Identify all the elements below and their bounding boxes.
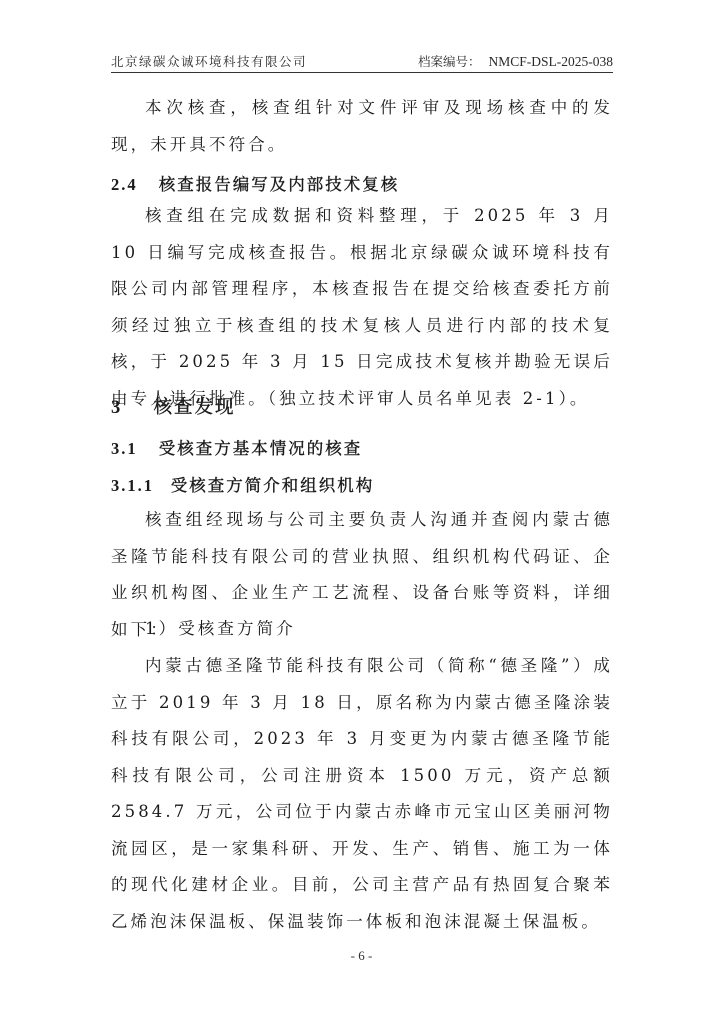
file-number-value: NMCF-DSL-2025-038 bbox=[488, 54, 613, 69]
paragraph-report-review: 核查组在完成数据和资料整理，于 2025 年 3 月 10 日编写完成核查报告。… bbox=[111, 198, 613, 417]
section-number: 2.4 bbox=[111, 175, 151, 195]
section-title: 核查发现 bbox=[153, 397, 235, 418]
section-number: 3 bbox=[111, 398, 145, 419]
paragraph-no-nonconformity: 本次核查，核查组针对文件评审及现场核查中的发现，未开具不符合。 bbox=[111, 90, 613, 163]
section-heading-3: 3 核查发现 bbox=[111, 393, 235, 419]
page-header: 北京绿碳众诚环境科技有限公司 档案编号：NMCF-DSL-2025-038 bbox=[111, 50, 613, 73]
paragraph-company-intro: 内蒙古德圣隆节能科技有限公司（简称“德圣隆”）成立于 2019 年 3 月 18… bbox=[111, 648, 613, 940]
section-title: 受核查方简介和组织机构 bbox=[171, 476, 375, 495]
section-heading-3-1: 3.1 受核查方基本情况的核查 bbox=[111, 435, 362, 459]
file-number-label: 档案编号： bbox=[418, 54, 481, 69]
section-heading-3-1-1: 3.1.1 受核查方简介和组织机构 bbox=[111, 472, 374, 496]
section-number: 3.1 bbox=[111, 439, 151, 459]
header-file-number: 档案编号：NMCF-DSL-2025-038 bbox=[418, 52, 613, 70]
section-title: 受核查方基本情况的核查 bbox=[159, 439, 363, 458]
list-item-company-intro: 1）受核查方简介 bbox=[111, 611, 613, 648]
section-heading-2-4: 2.4 核查报告编写及内部技术复核 bbox=[111, 171, 399, 195]
section-title: 核查报告编写及内部技术复核 bbox=[159, 175, 400, 194]
page-number: - 6 - bbox=[0, 948, 723, 964]
header-company-name: 北京绿碳众诚环境科技有限公司 bbox=[111, 52, 307, 70]
section-number: 3.1.1 bbox=[111, 476, 163, 496]
